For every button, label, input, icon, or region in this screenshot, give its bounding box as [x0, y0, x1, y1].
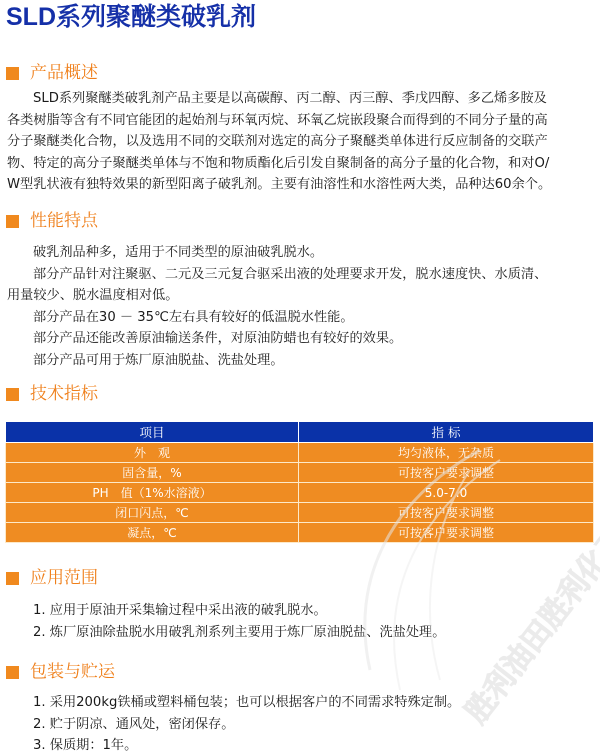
text-line: 部分产品在30 － 35℃左右具有较好的低温脱水性能。 [7, 307, 595, 329]
spec-item: PH 值（1%水溶液） [6, 483, 299, 503]
square-bullet-icon [6, 666, 19, 679]
section-heading-label: 技术指标 [30, 383, 98, 405]
square-bullet-icon [6, 67, 19, 80]
text-line: 部分产品可用于炼厂原油脱盐、洗盐处理。 [7, 350, 595, 372]
packaging-list: 1. 采用200kg铁桶或塑料桶包装；也可以根据客户的不同需求特殊定制。 2. … [7, 692, 595, 756]
text-line: 各类树脂等含有不同官能团的起始剂与环氧丙烷、环氧乙烷嵌段聚合而得到的不同分子量的… [7, 110, 595, 132]
table-header-row: 项目 指 标 [6, 422, 594, 443]
section-heading-overview: 产品概述 [6, 62, 98, 84]
table-row: 外 观 均匀液体，无杂质 [6, 443, 594, 463]
table-row: 固含量，% 可按客户要求调整 [6, 463, 594, 483]
text-line: 部分产品还能改善原油输送条件，对原油防蜡也有较好的效果。 [7, 328, 595, 350]
section-heading-label: 包装与贮运 [30, 661, 115, 683]
applications-list: 1. 应用于原油开采集输过程中采出液的破乳脱水。 2. 炼厂原油除盐脱水用破乳剂… [7, 600, 595, 643]
list-item: 2. 贮于阴凉、通风处，密闭保存。 [7, 714, 595, 736]
page-title: SLD系列聚醚类破乳剂 [6, 2, 256, 32]
features-paragraph: 破乳剂品种多，适用于不同类型的原油破乳脱水。 部分产品针对注聚驱、二元及三元复合… [7, 242, 595, 372]
list-item: 1. 采用200kg铁桶或塑料桶包装；也可以根据客户的不同需求特殊定制。 [7, 692, 595, 714]
overview-paragraph: SLD系列聚醚类破乳剂产品主要是以高碳醇、丙二醇、丙三醇、季戊四醇、多乙烯多胺及… [7, 88, 595, 196]
spec-item: 固含量，% [6, 463, 299, 483]
spec-item: 凝点，℃ [6, 523, 299, 543]
section-heading-features: 性能特点 [6, 210, 98, 232]
list-item: 2. 炼厂原油除盐脱水用破乳剂系列主要用于炼厂原油脱盐、洗盐处理。 [7, 622, 595, 644]
list-item: 1. 应用于原油开采集输过程中采出液的破乳脱水。 [7, 600, 595, 622]
column-header-item: 项目 [6, 422, 299, 443]
spec-value: 均匀液体，无杂质 [299, 443, 594, 463]
section-heading-label: 性能特点 [30, 210, 98, 232]
column-header-value: 指 标 [299, 422, 594, 443]
spec-table: 项目 指 标 外 观 均匀液体，无杂质 固含量，% 可按客户要求调整 PH 值（… [5, 421, 594, 543]
spec-value: 可按客户要求调整 [299, 463, 594, 483]
table-row: 闭口闪点，℃ 可按客户要求调整 [6, 503, 594, 523]
section-heading-label: 应用范围 [30, 567, 98, 589]
spec-value: 5.0-7.0 [299, 483, 594, 503]
spec-value: 可按客户要求调整 [299, 523, 594, 543]
table-row: PH 值（1%水溶液） 5.0-7.0 [6, 483, 594, 503]
text-line: 分子聚醚类化合物，以及选用不同的交联剂对选定的高分子聚醚类单体进行反应制备的交联… [7, 131, 595, 153]
section-heading-applications: 应用范围 [6, 567, 98, 589]
table-row: 凝点，℃ 可按客户要求调整 [6, 523, 594, 543]
text-line: 破乳剂品种多，适用于不同类型的原油破乳脱水。 [7, 242, 595, 264]
list-item: 3. 保质期：1年。 [7, 735, 595, 756]
spec-value: 可按客户要求调整 [299, 503, 594, 523]
text-line: 部分产品针对注聚驱、二元及三元复合驱采出液的处理要求开发，脱水速度快、水质清、 [7, 264, 595, 286]
text-line: 物、特定的高分子聚醚类单体与不饱和物质酯化后引发自聚制备的高分子量的化合物，和对… [7, 153, 595, 175]
text-line: SLD系列聚醚类破乳剂产品主要是以高碳醇、丙二醇、丙三醇、季戊四醇、多乙烯多胺及 [7, 88, 595, 110]
section-heading-packaging: 包装与贮运 [6, 661, 115, 683]
section-heading-specs: 技术指标 [6, 383, 98, 405]
text-line: 用量较少、脱水温度相对低。 [7, 285, 595, 307]
square-bullet-icon [6, 572, 19, 585]
spec-item: 闭口闪点，℃ [6, 503, 299, 523]
text-line: W型乳状液有独特效果的新型阳离子破乳剂。主要有油溶性和水溶性两大类，品种达60余… [7, 174, 595, 196]
square-bullet-icon [6, 215, 19, 228]
square-bullet-icon [6, 388, 19, 401]
spec-item: 外 观 [6, 443, 299, 463]
section-heading-label: 产品概述 [30, 62, 98, 84]
